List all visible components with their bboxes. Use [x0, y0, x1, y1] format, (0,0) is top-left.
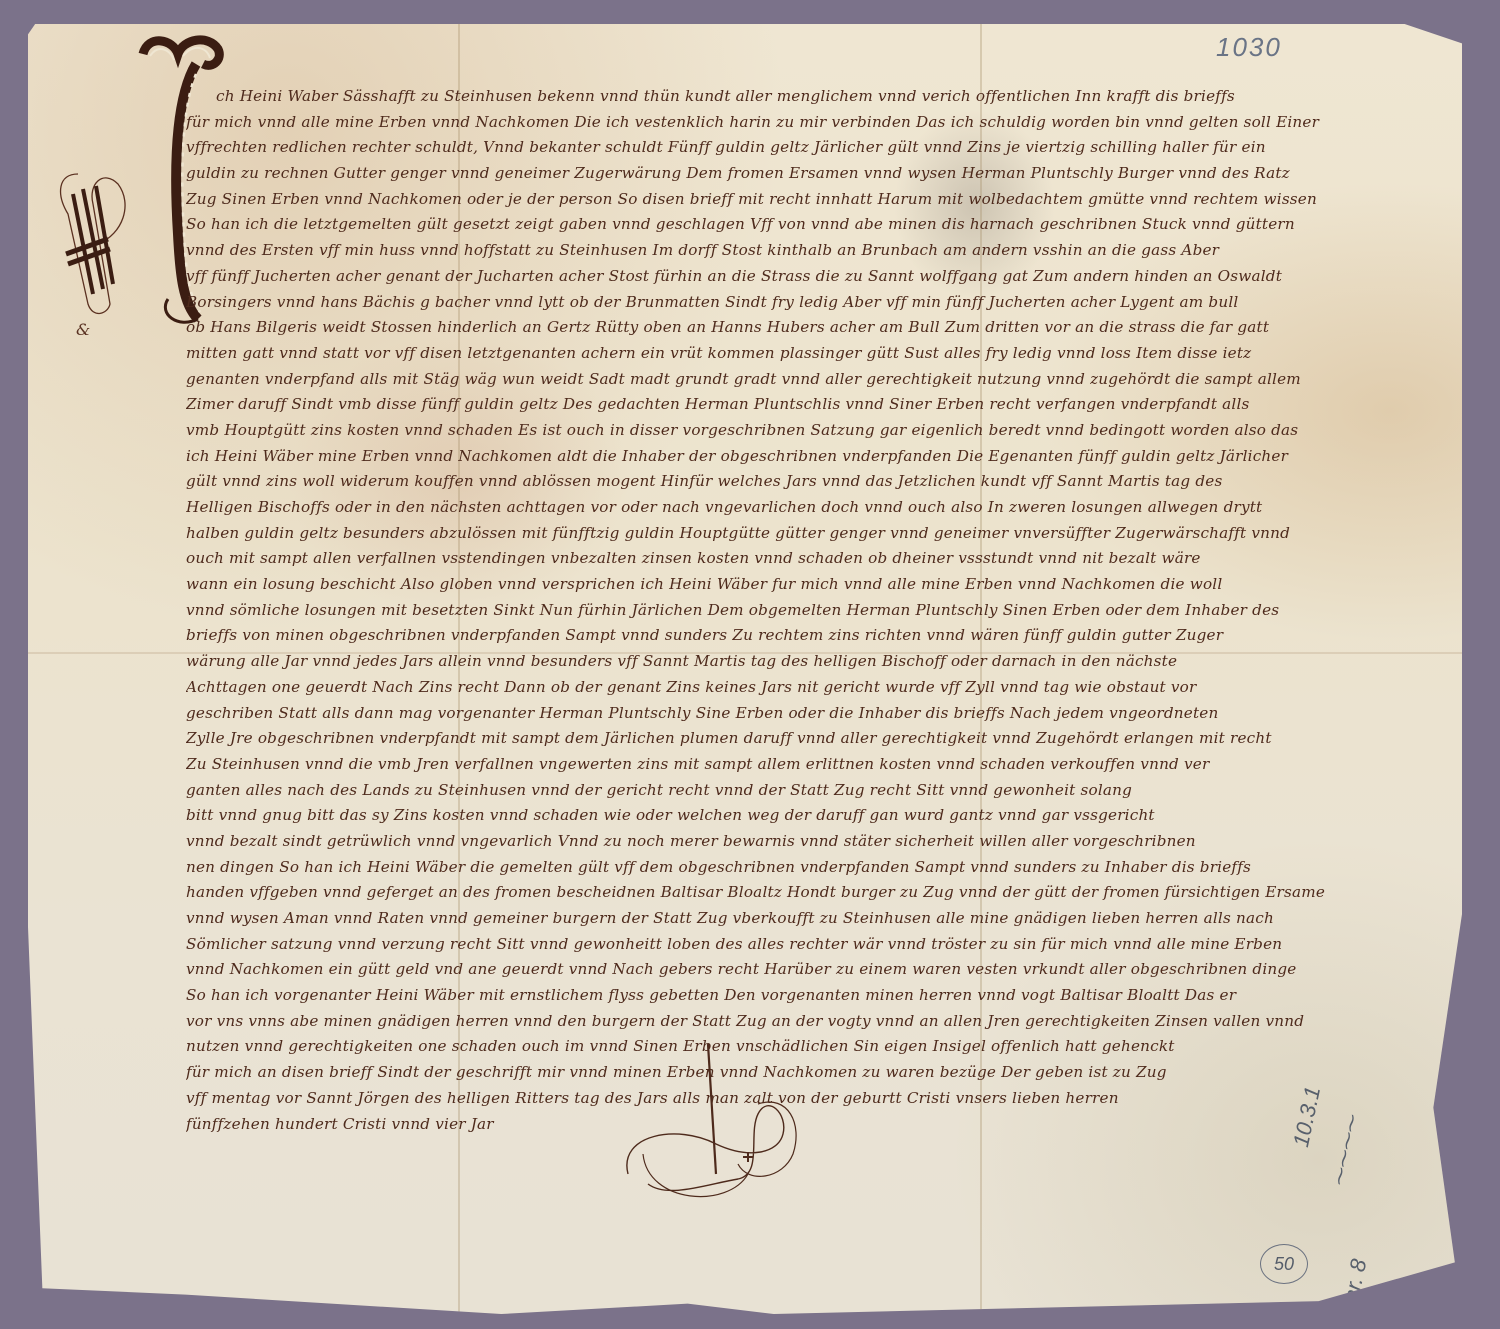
text-line: vnnd bezalt sindt getrüwlich vnnd vngeva… [186, 829, 1436, 855]
pencil-annotation: nr. 8 [1338, 1257, 1372, 1305]
text-line: vnnd Nachkomen ein gütt geld vnd ane geu… [186, 957, 1436, 983]
text-line: ouch mit sampt allen verfallnen vsstendi… [186, 546, 1436, 572]
text-line: nen dingen So han ich Heini Wäber die ge… [186, 855, 1436, 881]
parchment-document: 1030 & ch Heini Waber Sässhafft zu Stein… [28, 24, 1462, 1314]
text-line: für mich vnnd alle mine Erben vnnd Nachk… [186, 110, 1436, 136]
text-line: Helligen Bischoffs oder in den nächsten … [186, 495, 1436, 521]
text-line: geschriben Statt alls dann mag vorgenant… [186, 701, 1436, 727]
text-line: Zug Sinen Erben vnnd Nachkomen oder je d… [186, 187, 1436, 213]
text-line: Zu Steinhusen vnnd die vmb Jren verfalln… [186, 752, 1436, 778]
text-line: vnnd sömliche losungen mit besetzten Sin… [186, 598, 1436, 624]
marginal-notary-mark-icon [48, 134, 138, 334]
archive-number: 1030 [1216, 32, 1282, 63]
text-line: vnnd wysen Aman vnnd Raten vnnd gemeiner… [186, 906, 1436, 932]
text-line: guldin zu rechnen Gutter genger vnnd gen… [186, 161, 1436, 187]
text-line: brieffs von minen obgeschribnen vnderpfa… [186, 623, 1436, 649]
text-line: So han ich die letztgemelten gült gesetz… [186, 212, 1436, 238]
text-line: vor vns vnns abe minen gnädigen herren v… [186, 1009, 1436, 1035]
text-line: Borsingers vnnd hans Bächis g bacher vnn… [186, 290, 1436, 316]
text-line: Achttagen one geuerdt Nach Zins recht Da… [186, 675, 1436, 701]
text-line: ob Hans Bilgeris weidt Stossen hinderlic… [186, 315, 1436, 341]
margin-mark: & [76, 320, 90, 339]
text-line: Sömlicher satzung vnnd verzung recht Sit… [186, 932, 1436, 958]
text-line: ganten alles nach des Lands zu Steinhuse… [186, 778, 1436, 804]
text-line: Zimer daruff Sindt vmb disse fünff guldi… [186, 392, 1436, 418]
text-line: vff fünff Jucherten acher genant der Juc… [186, 264, 1436, 290]
manuscript-text: ch Heini Waber Sässhafft zu Steinhusen b… [186, 84, 1436, 1137]
text-line: wärung alle Jar vnnd jedes Jars allein v… [186, 649, 1436, 675]
text-line: bitt vnnd gnug bitt das sy Zins kosten v… [186, 803, 1436, 829]
text-line: handen vffgeben vnnd geferget an des fro… [186, 880, 1436, 906]
text-line: vnnd des Ersten vff min huss vnnd hoffst… [186, 238, 1436, 264]
text-line: ich Heini Wäber mine Erben vnnd Nachkome… [186, 444, 1436, 470]
text-line: genanten vnderpfand alls mit Stäg wäg wu… [186, 367, 1436, 393]
notary-signet-icon [588, 1034, 848, 1214]
circled-number: 50 [1260, 1244, 1308, 1284]
text-line: vffrechten redlichen rechter schuldt, Vn… [186, 135, 1436, 161]
text-line: So han ich vorgenanter Heini Wäber mit e… [186, 983, 1436, 1009]
text-line: mitten gatt vnnd statt vor vff disen let… [186, 341, 1436, 367]
text-line: gült vnnd zins woll widerum kouffen vnnd… [186, 469, 1436, 495]
text-line: ch Heini Waber Sässhafft zu Steinhusen b… [186, 84, 1436, 110]
text-line: Zylle Jre obgeschribnen vnderpfandt mit … [186, 726, 1436, 752]
text-line: wann ein losung beschicht Also globen vn… [186, 572, 1436, 598]
text-line: halben guldin geltz besunders abzulössen… [186, 521, 1436, 547]
text-line: vmb Houptgütt zins kosten vnnd schaden E… [186, 418, 1436, 444]
